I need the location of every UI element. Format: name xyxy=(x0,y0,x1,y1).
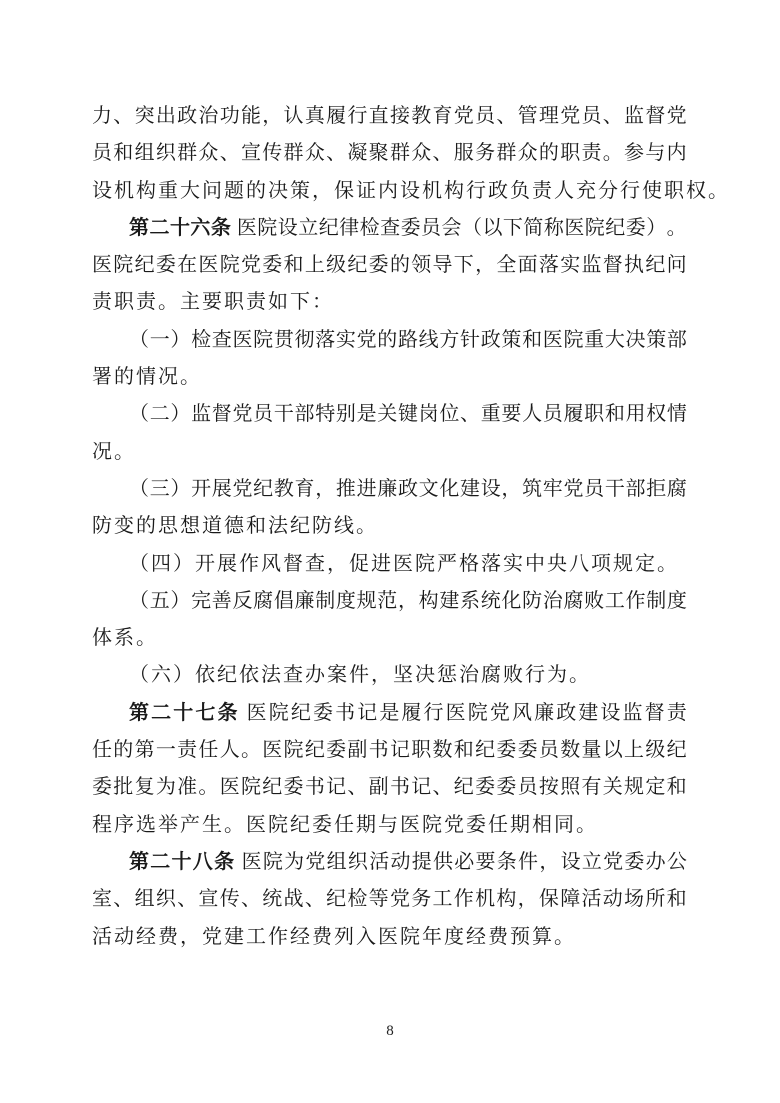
glyph: 律 xyxy=(339,210,359,247)
text-line: 责职责。主要职责如下： xyxy=(92,284,687,321)
glyph: 的 xyxy=(539,135,559,172)
glyph: 落 xyxy=(539,247,559,284)
glyph: 化 xyxy=(439,471,459,508)
glyph: 准 xyxy=(177,769,197,806)
glyph: 腐 xyxy=(667,471,687,508)
glyph: 开 xyxy=(191,471,211,508)
glyph: ， xyxy=(539,844,559,881)
glyph: 育 xyxy=(433,98,453,135)
glyph: 八 xyxy=(193,844,213,881)
glyph: 落 xyxy=(315,322,335,359)
glyph: 问 xyxy=(667,247,687,284)
glyph: 、 xyxy=(305,881,325,918)
glyph: 功 xyxy=(220,98,240,135)
glyph: （ xyxy=(129,322,149,359)
glyph: 部 xyxy=(295,396,315,433)
glyph: 倡 xyxy=(274,583,294,620)
glyph: 特 xyxy=(315,396,335,433)
glyph: 记 xyxy=(357,695,377,732)
glyph: 监 xyxy=(581,247,601,284)
glyph: 廉 xyxy=(534,695,554,732)
glyph: 治 xyxy=(198,98,218,135)
glyph: 医 xyxy=(220,769,240,806)
glyph: 规 xyxy=(624,769,644,806)
text-line: 程序选举产生。医院纪委任期与医院党委任期相同。 xyxy=(92,807,687,844)
glyph xyxy=(235,844,240,881)
text-segment: 防变的思想道德和法纪防线。 xyxy=(92,515,378,537)
glyph: 下 xyxy=(503,210,523,247)
glyph: 真 xyxy=(305,98,325,135)
glyph: 大 xyxy=(605,322,625,359)
glyph: ） xyxy=(170,322,190,359)
glyph: 政 xyxy=(177,98,197,135)
glyph: 策 xyxy=(501,322,521,359)
glyph: 党 xyxy=(390,881,410,918)
text-line: （五）完善反腐倡廉制度规范，构建系统化防治腐败工作制度 xyxy=(92,583,687,620)
text-line: 第二十八条 医院为党组织活动提供必要条件，设立党委办公 xyxy=(92,844,687,881)
glyph: ， xyxy=(398,583,418,620)
glyph: 党 xyxy=(241,247,261,284)
glyph: 按 xyxy=(539,769,559,806)
glyph: 院 xyxy=(284,732,304,769)
glyph: 政 xyxy=(398,471,418,508)
glyph: 众 xyxy=(305,135,325,172)
glyph: 的 xyxy=(377,322,397,359)
glyph: 院 xyxy=(241,769,261,806)
glyph: 防 xyxy=(522,583,542,620)
glyph: 委 xyxy=(475,769,495,806)
glyph xyxy=(231,210,236,247)
glyph: 育 xyxy=(295,471,315,508)
glyph: 纪 xyxy=(326,881,346,918)
glyph: 委 xyxy=(284,769,304,806)
text-segment: 设机构重大问题的决策，保证内设机构行政负责人充分行使职权。 xyxy=(92,180,730,202)
glyph xyxy=(240,695,245,732)
text-line: 体系。 xyxy=(92,620,687,657)
glyph: 、 xyxy=(433,135,453,172)
glyph: 委 xyxy=(401,210,421,247)
text-segment: 署的情况。 xyxy=(92,366,202,388)
glyph: 织 xyxy=(348,844,368,881)
glyph: 。 xyxy=(241,732,261,769)
glyph: 人 xyxy=(220,732,240,769)
glyph: 办 xyxy=(646,844,666,881)
glyph: 党 xyxy=(454,98,474,135)
glyph: 教 xyxy=(274,471,294,508)
glyph: 必 xyxy=(454,844,474,881)
glyph: 一 xyxy=(150,322,170,359)
glyph: 设 xyxy=(481,471,501,508)
text-segment: 责职责。主要职责如下： xyxy=(92,291,334,313)
glyph: 键 xyxy=(398,396,418,433)
glyph: 、 xyxy=(496,98,516,135)
glyph: 责 xyxy=(667,695,687,732)
glyph: 和 xyxy=(454,732,474,769)
glyph: 医 xyxy=(543,322,563,359)
glyph: 以 xyxy=(482,210,502,247)
glyph: 要 xyxy=(501,396,521,433)
glyph: 记 xyxy=(390,732,410,769)
glyph: 干 xyxy=(274,396,294,433)
glyph: 的 xyxy=(390,247,410,284)
glyph: 出 xyxy=(156,98,176,135)
glyph: ， xyxy=(501,471,521,508)
glyph: 十 xyxy=(172,844,192,881)
glyph: 位 xyxy=(439,396,459,433)
text-line: 员和组织群众、宣传群众、凝聚群众、服务群众的职责。参与内 xyxy=(92,135,687,172)
glyph: 监 xyxy=(624,98,644,135)
glyph: 监 xyxy=(623,695,643,732)
glyph: 上 xyxy=(305,247,325,284)
glyph: 工 xyxy=(433,881,453,918)
glyph: 化 xyxy=(501,583,521,620)
glyph: 突 xyxy=(135,98,155,135)
glyph: 副 xyxy=(369,769,389,806)
glyph: （ xyxy=(129,471,149,508)
glyph: 彻 xyxy=(295,322,315,359)
glyph: 、 xyxy=(220,135,240,172)
glyph: 、 xyxy=(460,396,480,433)
glyph: 党 xyxy=(563,471,583,508)
glyph: 针 xyxy=(460,322,480,359)
glyph: 级 xyxy=(326,247,346,284)
glyph: 活 xyxy=(369,844,389,881)
glyph: 关 xyxy=(377,396,397,433)
glyph: 聚 xyxy=(369,135,389,172)
glyph: 副 xyxy=(347,732,367,769)
glyph: 党 xyxy=(232,471,252,508)
glyph: 员 xyxy=(581,98,601,135)
document-page: 力、突出政治功能，认真履行直接教育党员、管理党员、监督党员和组织群众、宣传群众、… xyxy=(0,0,780,1103)
glyph: 直 xyxy=(369,98,389,135)
glyph: 简 xyxy=(523,210,543,247)
glyph: （ xyxy=(129,583,149,620)
glyph: 务 xyxy=(411,881,431,918)
glyph: 决 xyxy=(626,322,646,359)
glyph: 检 xyxy=(360,210,380,247)
glyph: 障 xyxy=(560,881,580,918)
glyph: 第 xyxy=(129,844,149,881)
glyph: ， xyxy=(262,98,282,135)
glyph: 拒 xyxy=(646,471,666,508)
glyph: 称 xyxy=(544,210,564,247)
glyph: 党 xyxy=(232,396,252,433)
glyph: 与 xyxy=(645,135,665,172)
glyph: 众 xyxy=(198,135,218,172)
glyph: 纪 xyxy=(667,732,687,769)
glyph: 委 xyxy=(262,247,282,284)
glyph: 场 xyxy=(624,881,644,918)
glyph: 员 xyxy=(253,396,273,433)
glyph: 廉 xyxy=(295,583,315,620)
glyph: 条 xyxy=(497,844,517,881)
glyph: 组 xyxy=(327,844,347,881)
glyph: 书 xyxy=(335,695,355,732)
glyph: 纪 xyxy=(262,769,282,806)
glyph: 任 xyxy=(92,732,112,769)
glyph: 定 xyxy=(645,769,665,806)
glyph: 医 xyxy=(564,210,584,247)
glyph: 纪 xyxy=(645,247,665,284)
glyph: 建 xyxy=(439,583,459,620)
glyph: 和 xyxy=(605,396,625,433)
glyph: 反 xyxy=(232,583,252,620)
glyph: 传 xyxy=(220,881,240,918)
glyph: 纪 xyxy=(347,247,367,284)
glyph: 督 xyxy=(603,247,623,284)
glyph: 治 xyxy=(543,583,563,620)
glyph: 群 xyxy=(177,135,197,172)
glyph: 党 xyxy=(490,695,510,732)
glyph: 政 xyxy=(556,695,576,732)
glyph: 行 xyxy=(424,695,444,732)
glyph: 用 xyxy=(626,396,646,433)
glyph: 六 xyxy=(190,210,210,247)
glyph: 组 xyxy=(135,135,155,172)
glyph: 和 xyxy=(284,247,304,284)
glyph: 院 xyxy=(263,844,283,881)
glyph: 设 xyxy=(278,210,298,247)
glyph: 进 xyxy=(357,471,377,508)
glyph: 理 xyxy=(539,98,559,135)
glyph: 党 xyxy=(357,322,377,359)
glyph: 条 xyxy=(214,844,234,881)
glyph: 统 xyxy=(262,881,282,918)
glyph: 岗 xyxy=(419,396,439,433)
glyph: 委 xyxy=(326,732,346,769)
glyph: 院 xyxy=(563,322,583,359)
glyph: 风 xyxy=(512,695,532,732)
glyph: 职 xyxy=(584,396,604,433)
glyph: 院 xyxy=(585,210,605,247)
glyph: 提 xyxy=(412,844,432,881)
glyph: 群 xyxy=(284,135,304,172)
glyph: ， xyxy=(518,881,538,918)
text-line: （三）开展党纪教育，推进廉政文化建设，筑牢党员干部拒腐 xyxy=(92,471,687,508)
glyph: 服 xyxy=(454,135,474,172)
glyph: 量 xyxy=(581,732,601,769)
glyph: 督 xyxy=(645,695,665,732)
glyph: 传 xyxy=(262,135,282,172)
glyph: 立 xyxy=(582,844,602,881)
glyph: 医 xyxy=(262,732,282,769)
glyph: 监 xyxy=(191,396,211,433)
text-segment: 体系。 xyxy=(92,627,158,649)
glyph: 三 xyxy=(150,471,170,508)
glyph: 条 xyxy=(217,695,237,732)
glyph: 以 xyxy=(603,732,623,769)
glyph: 败 xyxy=(584,583,604,620)
glyph: 七 xyxy=(195,695,215,732)
glyph: 完 xyxy=(191,583,211,620)
glyph: 和 xyxy=(113,135,133,172)
glyph: 督 xyxy=(645,98,665,135)
glyph: 书 xyxy=(369,732,389,769)
glyph: 员 xyxy=(518,769,538,806)
glyph: 委 xyxy=(626,210,646,247)
glyph: 群 xyxy=(390,135,410,172)
glyph: 线 xyxy=(419,322,439,359)
glyph: 员 xyxy=(92,135,112,172)
text-line: （四）开展作风督查，促进医院严格落实中央八项规定。 xyxy=(92,546,687,583)
glyph: 和 xyxy=(522,322,542,359)
glyph: 件 xyxy=(518,844,538,881)
glyph: 数 xyxy=(433,732,453,769)
glyph: 构 xyxy=(496,881,516,918)
glyph: 党 xyxy=(560,98,580,135)
glyph: 。 xyxy=(603,135,623,172)
glyph: 要 xyxy=(476,844,496,881)
glyph: 条 xyxy=(211,210,231,247)
glyph: 纪 xyxy=(291,695,311,732)
glyph: 二 xyxy=(151,695,171,732)
glyph: 。 xyxy=(198,769,218,806)
glyph: 织 xyxy=(156,881,176,918)
glyph: 有 xyxy=(581,769,601,806)
glyph: 记 xyxy=(326,769,346,806)
glyph: 、 xyxy=(326,135,346,172)
glyph: 贯 xyxy=(274,322,294,359)
glyph: 院 xyxy=(468,695,488,732)
glyph: 、 xyxy=(347,769,367,806)
glyph: 执 xyxy=(624,247,644,284)
glyph: 在 xyxy=(177,247,197,284)
text-line: 活动经费，党建工作经费列入医院年度经费预算。 xyxy=(92,919,687,956)
glyph: 医 xyxy=(242,844,262,881)
glyph: 、 xyxy=(113,881,133,918)
glyph: 。 xyxy=(667,210,687,247)
glyph: 牢 xyxy=(543,471,563,508)
glyph: 文 xyxy=(419,471,439,508)
page-number: 8 xyxy=(0,1021,780,1041)
text-block: 力、突出政治功能，认真履行直接教育党员、管理党员、监督党员和组织群众、宣传群众、… xyxy=(92,98,687,956)
glyph: 建 xyxy=(578,695,598,732)
text-line: （六）依纪依法查办案件，坚决惩治腐败行为。 xyxy=(92,657,687,694)
glyph: 履 xyxy=(401,695,421,732)
text-segment: 程序选举产生。医院纪委任期与医院党委任期相同。 xyxy=(92,814,598,836)
glyph: 设 xyxy=(600,695,620,732)
glyph: 纪 xyxy=(253,471,273,508)
glyph: 面 xyxy=(518,247,538,284)
glyph: 纪 xyxy=(135,247,155,284)
glyph: 重 xyxy=(481,396,501,433)
glyph: 内 xyxy=(667,135,687,172)
glyph: 照 xyxy=(560,769,580,806)
glyph: 接 xyxy=(390,98,410,135)
glyph: 构 xyxy=(419,583,439,620)
glyph: 的 xyxy=(113,732,133,769)
text-line: 任的第一责任人。医院纪委副书记职数和纪委委员数量以上级纪 xyxy=(92,732,687,769)
glyph: 责 xyxy=(177,732,197,769)
glyph: 一 xyxy=(156,732,176,769)
glyph: 数 xyxy=(560,732,580,769)
glyph: 凝 xyxy=(347,135,367,172)
glyph: 室 xyxy=(92,881,112,918)
glyph: 级 xyxy=(645,732,665,769)
glyph: ） xyxy=(170,471,190,508)
text-line: 设机构重大问题的决策，保证内设机构行政负责人充分行使职权。 xyxy=(92,173,687,210)
glyph: 医 xyxy=(92,247,112,284)
text-line: 委批复为准。医院纪委书记、副书记、纪委委员按照有关规定和 xyxy=(92,769,687,806)
glyph: 等 xyxy=(369,881,389,918)
glyph: 度 xyxy=(336,583,356,620)
glyph: 纪 xyxy=(475,732,495,769)
glyph: 、 xyxy=(177,881,197,918)
glyph: 检 xyxy=(347,881,367,918)
glyph: 委 xyxy=(518,732,538,769)
glyph: 二 xyxy=(150,396,170,433)
glyph: 作 xyxy=(454,881,474,918)
glyph: 院 xyxy=(257,210,277,247)
glyph: 委 xyxy=(156,247,176,284)
glyph: 二 xyxy=(150,844,170,881)
text-line: 防变的思想道德和法纪防线。 xyxy=(92,508,687,545)
glyph: 部 xyxy=(667,322,687,359)
glyph: 范 xyxy=(377,583,397,620)
glyph: 众 xyxy=(411,135,431,172)
glyph: 路 xyxy=(398,322,418,359)
glyph: 上 xyxy=(624,732,644,769)
glyph: 二 xyxy=(149,210,169,247)
glyph: ） xyxy=(170,583,190,620)
glyph: 履 xyxy=(326,98,346,135)
glyph: 战 xyxy=(284,881,304,918)
glyph: 认 xyxy=(284,98,304,135)
glyph: 公 xyxy=(667,844,687,881)
glyph: 纪 xyxy=(605,210,625,247)
glyph: 部 xyxy=(626,471,646,508)
glyph: 织 xyxy=(156,135,176,172)
glyph: 是 xyxy=(379,695,399,732)
text-segment: （四）开展作风督查，促进医院严格落实中央八项规定。 xyxy=(129,553,679,575)
glyph: 教 xyxy=(411,98,431,135)
text-line: 况。 xyxy=(92,434,687,471)
glyph: 督 xyxy=(212,396,232,433)
glyph: 党 xyxy=(667,98,687,135)
glyph: 院 xyxy=(269,695,289,732)
glyph: ， xyxy=(315,471,335,508)
glyph: 委 xyxy=(496,732,516,769)
glyph: 委 xyxy=(92,769,112,806)
glyph: 职 xyxy=(560,135,580,172)
text-segment: 活动经费，党建工作经费列入医院年度经费预算。 xyxy=(92,926,576,948)
glyph: 院 xyxy=(220,247,240,284)
glyph: 情 xyxy=(667,396,687,433)
glyph: 委 xyxy=(624,844,644,881)
text-line: （二）监督党员干部特别是关键岗位、重要人员履职和用权情 xyxy=(92,396,687,433)
glyph: 善 xyxy=(212,583,232,620)
glyph: 工 xyxy=(605,583,625,620)
glyph: 党 xyxy=(603,844,623,881)
glyph: 设 xyxy=(561,844,581,881)
glyph: 干 xyxy=(605,471,625,508)
glyph: 制 xyxy=(315,583,335,620)
glyph: 第 xyxy=(129,695,149,732)
glyph: 动 xyxy=(390,844,410,881)
glyph: 职 xyxy=(411,732,431,769)
glyph: 能 xyxy=(241,98,261,135)
glyph: 统 xyxy=(481,583,501,620)
glyph: 书 xyxy=(305,769,325,806)
glyph: 查 xyxy=(380,210,400,247)
glyph: 制 xyxy=(646,583,666,620)
glyph: 实 xyxy=(560,247,580,284)
text-line: 医院纪委在医院党委和上级纪委的领导下，全面落实监督执纪问 xyxy=(92,247,687,284)
glyph: 活 xyxy=(581,881,601,918)
glyph: 导 xyxy=(433,247,453,284)
glyph: 院 xyxy=(253,322,273,359)
glyph: 、 xyxy=(603,98,623,135)
